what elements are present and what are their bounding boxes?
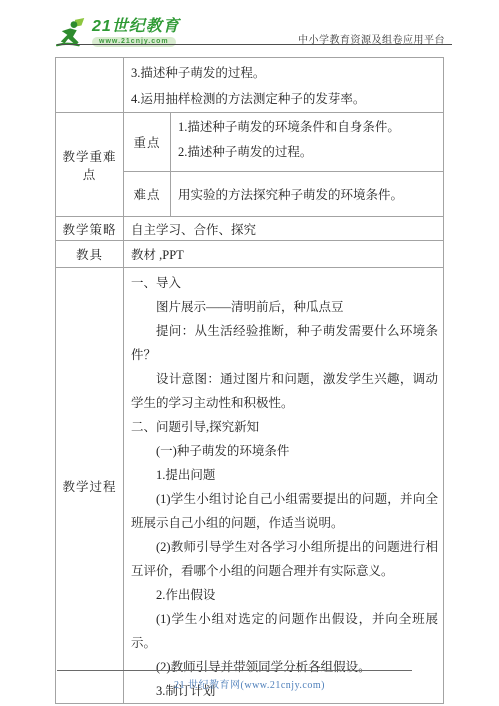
- objective-item: 3.描述种子萌发的过程。: [131, 60, 438, 86]
- table-row: 教学过程 一、导入 图片展示——清明前后，种瓜点豆 提问：从生活经验推断，种子萌…: [56, 268, 444, 704]
- key-point-item: 1.描述种子萌发的环境条件和自身条件。: [178, 115, 438, 140]
- key-point-label: 重点: [124, 113, 171, 172]
- table-row: 教学重难点 重点 1.描述种子萌发的环境条件和自身条件。 2.描述种子萌发的过程…: [56, 113, 444, 172]
- strategy-content: 自主学习、合作、探究: [124, 217, 444, 241]
- key-point-items-cell: 1.描述种子萌发的环境条件和自身条件。 2.描述种子萌发的过程。: [171, 113, 444, 172]
- brand-url: www.21cnjy.com: [92, 37, 176, 47]
- process-paragraph: 一、导入: [131, 271, 438, 295]
- difficult-point-items-cell: 用实验的方法探究种子萌发的环境条件。: [171, 172, 444, 217]
- process-content-cell: 一、导入 图片展示——清明前后，种瓜点豆 提问：从生活经验推断，种子萌发需要什么…: [124, 268, 444, 704]
- document-page: 21世纪教育 www.21cnjy.com 中小学教育资源及组卷应用平台 3.描…: [0, 0, 499, 706]
- objectives-label-cell: [56, 58, 124, 113]
- difficult-point-label: 难点: [124, 172, 171, 217]
- strategy-label: 教学策略: [56, 217, 124, 241]
- process-label: 教学过程: [56, 268, 124, 704]
- process-paragraph: 1.提出问题: [131, 463, 438, 487]
- table-row: 3.描述种子萌发的过程。 4.运用抽样检测的方法测定种子的发芽率。: [56, 58, 444, 113]
- process-paragraph: 2.作出假设: [131, 583, 438, 607]
- process-paragraph: (2)教师引导学生对各学习小组所提出的问题进行相互评价，看哪个小组的问题合理并有…: [131, 535, 438, 583]
- aids-content: 教材 ,PPT: [124, 241, 444, 268]
- process-paragraph: (一)种子萌发的环境条件: [131, 439, 438, 463]
- key-point-item: 2.描述种子萌发的过程。: [178, 140, 438, 165]
- process-paragraph: 二、问题引导,探究新知: [131, 415, 438, 439]
- footer-site-link: 21 世纪教育网(www.21cnjy.com): [0, 676, 499, 691]
- process-paragraph: 图片展示——清明前后，种瓜点豆: [131, 295, 438, 319]
- key-difficulties-label: 教学重难点: [56, 113, 124, 217]
- table-row: 教学策略 自主学习、合作、探究: [56, 217, 444, 241]
- process-paragraph: (1)学生小组对选定的问题作出假设，并向全班展示。: [131, 607, 438, 655]
- header-divider: [57, 44, 452, 45]
- objective-item: 4.运用抽样检测的方法测定种子的发芽率。: [131, 86, 438, 112]
- aids-label: 教具: [56, 241, 124, 268]
- process-content: 一、导入 图片展示——清明前后，种瓜点豆 提问：从生活经验推断，种子萌发需要什么…: [131, 271, 438, 703]
- footer-divider: [57, 670, 412, 671]
- table-row: 教具 教材 ,PPT: [56, 241, 444, 268]
- process-paragraph: 设计意图：通过图片和问题，激发学生兴趣，调动学生的学习主动性和积极性。: [131, 367, 438, 415]
- objectives-continued-cell: 3.描述种子萌发的过程。 4.运用抽样检测的方法测定种子的发芽率。: [124, 58, 444, 113]
- lesson-plan-table: 3.描述种子萌发的过程。 4.运用抽样检测的方法测定种子的发芽率。 教学重难点 …: [55, 57, 444, 704]
- brand-name: 21世纪教育: [92, 18, 180, 36]
- process-paragraph: (1)学生小组讨论自己小组需要提出的问题，并向全班展示自己小组的问题，作适当说明…: [131, 487, 438, 535]
- process-paragraph: 提问：从生活经验推断，种子萌发需要什么环境条件？: [131, 319, 438, 367]
- logo-text: 21世纪教育 www.21cnjy.com: [92, 18, 180, 47]
